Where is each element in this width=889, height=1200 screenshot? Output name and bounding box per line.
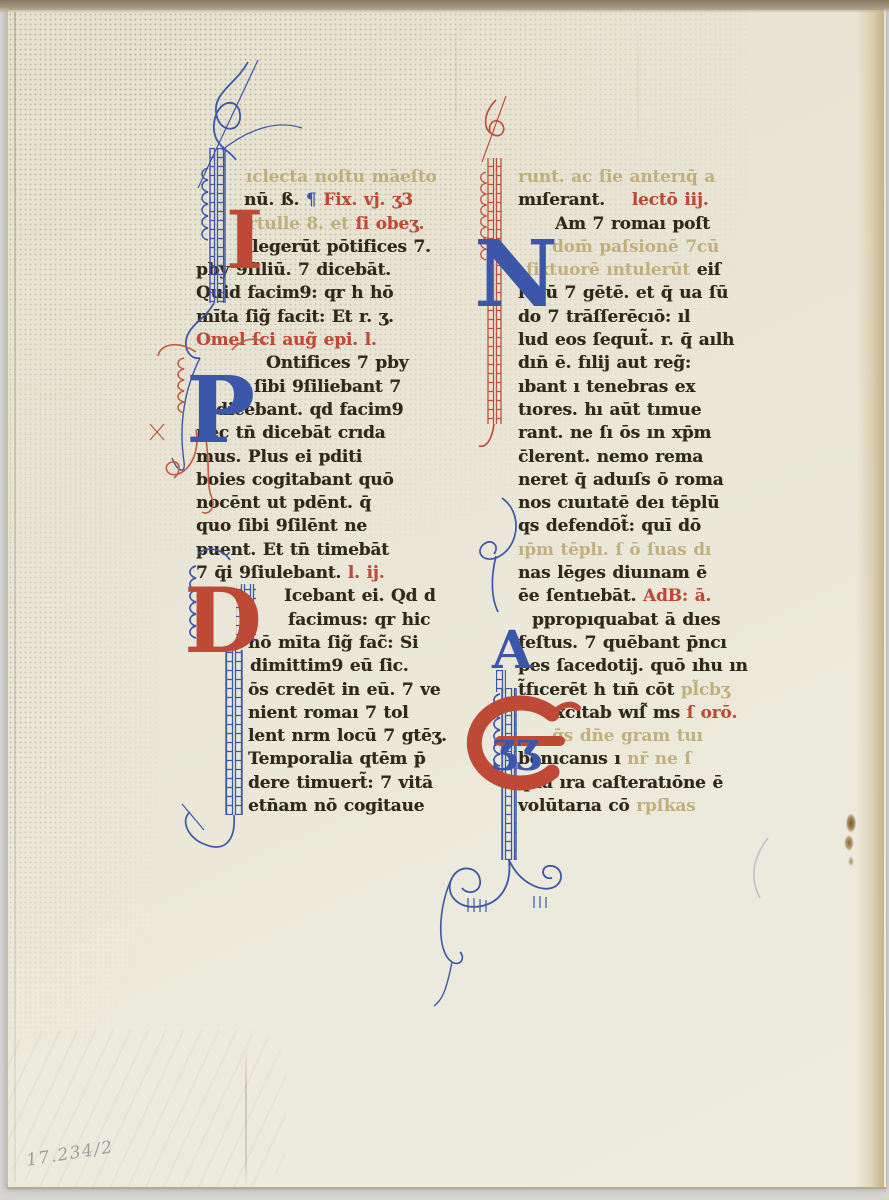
text-segment-faded: ıclecta noſtu māeſto	[246, 167, 437, 187]
text-segment-faded: rtulle 8. et	[248, 214, 355, 234]
text-segment-ink: ıbant ı tenebras ex	[518, 377, 695, 397]
manuscript-text-line: xcıtab wıſ̃ ms ſ orō.	[518, 702, 774, 725]
manuscript-text-line: dın̄ ē. fılij aut reg̃:	[518, 352, 774, 375]
manuscript-text-line: hō mīta ſig̃ fac̃: Si	[196, 632, 472, 655]
manuscript-text-line: q̄s dn̄e gram tuı	[518, 725, 774, 748]
text-segment-ink: facimus: qr hic	[288, 610, 430, 630]
text-segment-ink: xcıtab wıſ̃ ms	[555, 703, 687, 723]
manuscript-text-line: rant. ne ſı ōs ın xp̄m	[518, 422, 774, 445]
text-segment-ink: pby 9ſiliū. 7 dicebāt.	[196, 260, 391, 280]
manuscript-text-line: dimittim9 eū ſic.	[196, 655, 472, 678]
text-segment-ink: dimittim9 eū ſic.	[250, 656, 408, 676]
manuscript-text-line: ppropıquabat ā dıes	[518, 609, 774, 632]
vertical-crease-top-2	[637, 22, 639, 152]
text-segment-ink: Am 7 romaı poſt	[555, 214, 710, 234]
manuscript-text-line: benıcanıs ı nr̄ ne ſ	[518, 748, 774, 771]
text-segment-ink: nocēnt ut pdēnt. q̄	[196, 493, 371, 513]
manuscript-text-line: lud eos ſequıt̃. r. q̄ aılh	[518, 329, 774, 352]
text-segment-blue: ¶	[306, 190, 323, 210]
text-segment-ink: rant. ne ſı ōs ın xp̄m	[518, 423, 711, 443]
manuscript-text-line: do 7 trāſſerēcıō: ıl	[518, 306, 774, 329]
text-segment-ink: dın̄ ē. fılij aut reg̃:	[518, 353, 691, 373]
manuscript-text-line: lent nrm locū 7 gtēʒ.	[196, 725, 472, 748]
text-segment-ink: mus. Plus ei pditi	[196, 447, 362, 467]
manuscript-text-line: nas lēges diuınam ē	[518, 562, 774, 585]
text-segment-ink: t̃fıcerēt h tın̄ cōt	[518, 680, 681, 700]
manuscript-text-line: q̄ua ıra caſteratıōne ē	[518, 772, 774, 795]
text-segment-ink: Quid facim9: qr h hō	[196, 283, 393, 303]
manuscript-text-line: runt. ac ſie anterıq̄ a	[518, 166, 774, 189]
manuscript-text-line: feſtus. 7 quēbant p̄ncı	[518, 632, 774, 655]
vertical-crease	[245, 1048, 247, 1188]
text-segment-ink: ſibi 9ſiliebant 7	[254, 377, 401, 397]
text-segment-ink: do 7 trāſſerēcıō: ıl	[518, 307, 690, 327]
text-segment-red: l. ij.	[348, 563, 385, 583]
text-segment-ink: c̄lerent. nemo rema	[518, 447, 703, 467]
text-segment-ink: nas lēges diuınam ē	[518, 563, 707, 583]
manuscript-text-line: Quid facim9: qr h hō	[196, 282, 472, 305]
text-segment-ink: 7 q̄i 9ſiulebant.	[196, 563, 348, 583]
text-segment-ink: Temporalia qtēm p̄	[248, 749, 426, 769]
manuscript-text-line: mīta ſig̃ facit: Et r. ʒ.	[196, 306, 472, 329]
manuscript-text-line: dicebant. qd facim9	[196, 399, 472, 422]
text-segment-ink: nient romaı 7 tol	[248, 703, 408, 723]
manuscript-photo: ıclecta noſtu māeſtonū. ß. ¶ Fix. vj. ʒ3…	[0, 0, 889, 1200]
text-segment-ink: feſtus. 7 quēbant p̄ncı	[518, 633, 727, 653]
manuscript-text-line: Am 7 romaı poſt	[518, 213, 774, 236]
text-segment-faded: q̄s dn̄e gram tuı	[552, 726, 703, 746]
text-segment-ink: dere timuert̃: 7 vitā	[248, 773, 433, 793]
brown-stain	[840, 802, 860, 868]
text-segment-ink: q̄ua ıra caſteratıōne ē	[518, 773, 723, 793]
manuscript-text-line: qs defendōt̃: quī dō	[518, 515, 774, 538]
text-segment-ink: tıores. hı aūt tımue	[518, 400, 701, 420]
manuscript-text-line: Icebant ei. Qd d	[196, 585, 472, 608]
manuscript-text-line: dere timuert̃: 7 vitā	[196, 772, 472, 795]
text-segment-red: AdB: ā.	[643, 586, 711, 606]
manuscript-text-line: puent. Et tn̄ timebāt	[196, 539, 472, 562]
manuscript-text-line: rtulle 8. et ſi obeʒ.	[196, 213, 472, 236]
leaf-top-edge	[0, 0, 889, 13]
text-segment-ink: legerūt pōtifices 7.	[252, 237, 431, 257]
text-segment-red: Fix. vj. ʒ3	[323, 190, 413, 210]
text-segment-ink: neret q̄ aduıſs ō roma	[518, 470, 723, 490]
text-segment-ink: ōs credēt in eū. 7 ve	[248, 680, 440, 700]
text-segment-ink: locū 7 gētē. et q̄ ua ſū	[518, 283, 728, 303]
text-segment-ink: volūtarıa cō	[518, 796, 636, 816]
manuscript-text-line: pes ſacedotij. quō ıhu ın	[518, 655, 774, 678]
text-segment-ink: quo ſibi 9ſilēnt ne	[196, 516, 367, 536]
text-segment-ink: qs defendōt̃: quī dō	[518, 516, 701, 536]
text-segment-ink: Ontifices 7 pby	[266, 353, 408, 373]
manuscript-text-line: c̄lerent. nemo rema	[518, 446, 774, 469]
manuscript-text-line: ıclecta noſtu māeſto	[196, 166, 472, 189]
text-segment-red: Omel ſci aug̃ epi. l.	[196, 330, 377, 350]
text-segment-ink: nos cıuıtatē deı tēplū	[518, 493, 719, 513]
manuscript-text-line: ıp̄m tēplı. ſ ō ſuas dı	[518, 539, 774, 562]
manuscript-text-line: legerūt pōtifices 7.	[196, 236, 472, 259]
text-segment-ink: lud eos ſequıt̃. r. q̄ aılh	[518, 330, 734, 350]
text-segment-red: ſ orō.	[687, 703, 738, 723]
text-segment-ink: nec tn̄ dicebāt crıda	[196, 423, 385, 443]
text-segment-ink: puent. Et tn̄ timebāt	[196, 540, 389, 560]
text-segment-ink: ppropıquabat ā dıes	[532, 610, 720, 630]
text-segment-faded: dom̄ paſsionē 7cū	[552, 237, 719, 257]
manuscript-text-line: ēe ſentıebāt. AdB: ā.	[518, 585, 774, 608]
leaf-left-fold-line	[14, 12, 16, 1182]
manuscript-text-line: dom̄ paſsionē 7cū	[518, 236, 774, 259]
text-segment-red: lectō iij.	[618, 190, 708, 210]
text-segment-ink: mīta ſig̃ facit: Et r. ʒ.	[196, 307, 394, 327]
manuscript-text-line: mıſerant. lectō iij.	[518, 189, 774, 212]
text-segment-faded: fixtuorē ıntulerūt	[526, 260, 697, 280]
text-segment-faded: runt. ac ſie anterıq̄ a	[518, 167, 715, 187]
text-segment-ink: dicebant. qd facim9	[216, 400, 403, 420]
manuscript-text-line: 7 q̄i 9ſiulebant. l. ij.	[196, 562, 472, 585]
text-segment-faded: pl̃cbʒ	[681, 680, 730, 700]
manuscript-text-line: nec tn̄ dicebāt crıda	[196, 422, 472, 445]
manuscript-text-line: volūtarıa cō rpſkas	[518, 795, 774, 818]
text-segment-ink: eiſ	[697, 260, 721, 280]
text-segment-ink: hō mīta ſig̃ fac̃: Si	[248, 633, 418, 653]
manuscript-text-line: nū. ß. ¶ Fix. vj. ʒ3	[196, 189, 472, 212]
manuscript-text-line: nient romaı 7 tol	[196, 702, 472, 725]
text-segment-ink: ēe ſentıebāt.	[518, 586, 643, 606]
text-segment-red: ſi obeʒ.	[355, 214, 424, 234]
text-segment-ink: benıcanıs ı	[518, 749, 627, 769]
text-segment-ink: boies cogitabant quō	[196, 470, 394, 490]
manuscript-text-line: fixtuorē ıntulerūt eiſ	[518, 259, 774, 282]
manuscript-text-line: mus. Plus ei pditi	[196, 446, 472, 469]
manuscript-text-line: quo ſibi 9ſilēnt ne	[196, 515, 472, 538]
text-segment-ink: pes ſacedotij. quō ıhu ın	[518, 656, 748, 676]
manuscript-text-line: locū 7 gētē. et q̄ ua ſū	[518, 282, 774, 305]
parchment-speckle-texture-left	[8, 380, 158, 1040]
manuscript-text-line: Ontifices 7 pby	[196, 352, 472, 375]
text-segment-ink: etn̄am nō cogitaue	[248, 796, 424, 816]
manuscript-text-line: nos cıuıtatē deı tēplū	[518, 492, 774, 515]
manuscript-text-line: tıores. hı aūt tımue	[518, 399, 774, 422]
manuscript-text-line: ıbant ı tenebras ex	[518, 376, 774, 399]
text-segment-ink: mıſerant.	[518, 190, 618, 210]
manuscript-text-line: nocēnt ut pdēnt. q̄	[196, 492, 472, 515]
text-segment-ink: nū. ß.	[244, 190, 306, 210]
vertical-crease-top-1	[455, 22, 457, 132]
manuscript-text-line: Omel ſci aug̃ epi. l.	[196, 329, 472, 352]
manuscript-text-line: pby 9ſiliū. 7 dicebāt.	[196, 259, 472, 282]
manuscript-text-line: facimus: qr hic	[196, 609, 472, 632]
manuscript-text-line: etn̄am nō cogitaue	[196, 795, 472, 818]
manuscript-text-line: ſibi 9ſiliebant 7	[196, 376, 472, 399]
text-segment-ink: lent nrm locū 7 gtēʒ.	[248, 726, 447, 746]
manuscript-text-line: ōs credēt in eū. 7 ve	[196, 679, 472, 702]
leaf-right-edge	[856, 10, 884, 1187]
manuscript-text-line: boies cogitabant quō	[196, 469, 472, 492]
manuscript-text-line: neret q̄ aduıſs ō roma	[518, 469, 774, 492]
text-segment-faded: rpſkas	[636, 796, 695, 816]
text-segment-faded: nr̄ ne ſ	[627, 749, 691, 769]
text-segment-faded: ıp̄m tēplı. ſ ō ſuas dı	[518, 540, 711, 560]
text-segment-ink: Icebant ei. Qd d	[284, 586, 436, 606]
text-column-left: ıclecta noſtu māeſtonū. ß. ¶ Fix. vj. ʒ3…	[196, 166, 472, 818]
manuscript-text-line: t̃fıcerēt h tın̄ cōt pl̃cbʒ	[518, 679, 774, 702]
text-column-right: runt. ac ſie anterıq̄ amıſerant. lectō i…	[518, 166, 774, 818]
manuscript-text-line: Temporalia qtēm p̄	[196, 748, 472, 771]
